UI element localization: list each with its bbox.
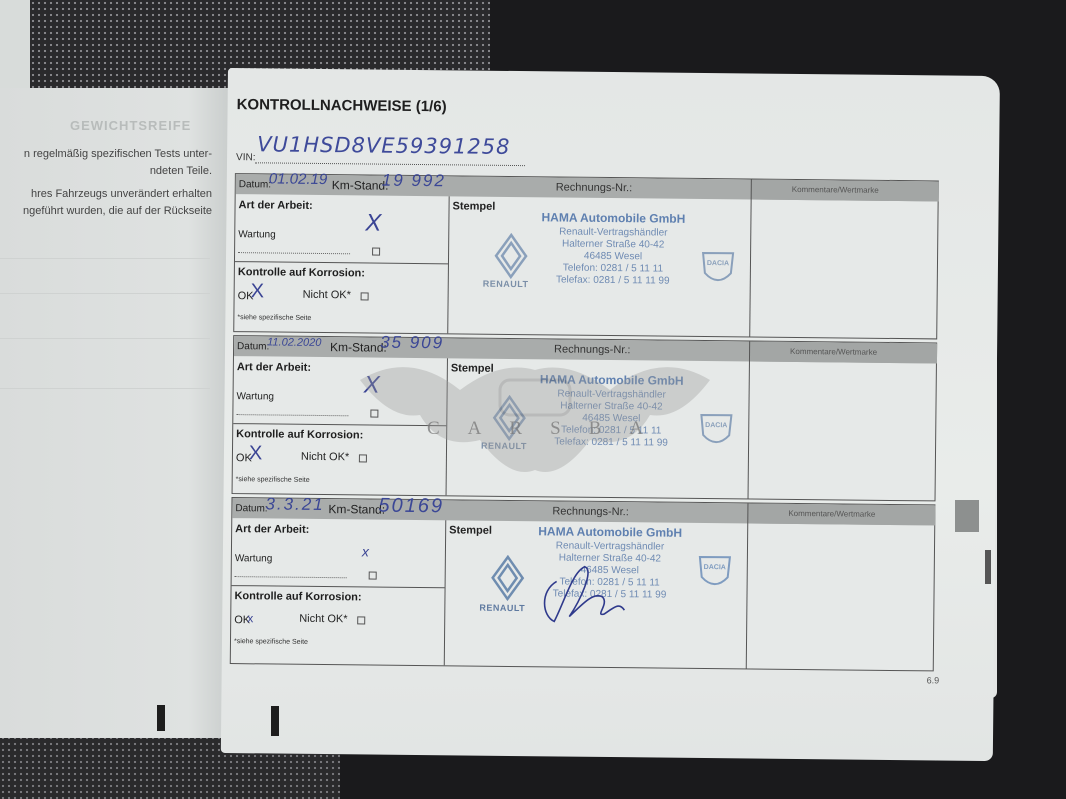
left-paragraph-1: n regelmäßig spezifischen Tests unter- n… — [0, 146, 212, 180]
rechnungs-nr-label: Rechnungs-Nr.: — [552, 505, 629, 518]
section-tab-marker-small — [985, 550, 991, 584]
stempel-label: Stempel — [453, 200, 496, 212]
left-page: GEWICHTSREIFE n regelmäßig spezifischen … — [0, 88, 236, 738]
kommentare-header: Kommentare/Wertmarke — [749, 341, 937, 363]
datum-label: Datum: — [235, 503, 267, 514]
faint-line — [0, 258, 210, 259]
vin-value: VU1HSD8VE59391258 — [257, 132, 511, 159]
dotted-line — [238, 252, 350, 254]
stamp-company: HAMA Automobile GmbH — [528, 211, 698, 225]
stamp-cell: Stempel RENAULT HAMA Automobile GmbH Ren… — [447, 196, 750, 336]
work-cell: Art der Arbeit: Wartung X Kontrolle auf … — [234, 194, 449, 333]
kommentare-label: Kommentare/Wertmarke — [790, 347, 877, 357]
stempel-label: Stempel — [451, 362, 494, 374]
checkbox — [361, 292, 369, 300]
vin-label: VIN: — [236, 152, 256, 163]
stamp-line: Telefax: 0281 / 5 11 11 99 — [528, 274, 698, 288]
entry-block-3: Datum: 3.3.21 Km-Stand: 50169 Rechnungs-… — [230, 497, 936, 671]
footnote: *siehe spezifische Seite — [234, 638, 308, 646]
rechnungs-nr-label: Rechnungs-Nr.: — [556, 181, 633, 194]
art-der-arbeit-label: Art der Arbeit: — [237, 361, 311, 374]
datum-value: 01.02.19 — [269, 170, 328, 188]
footnote: *siehe spezifische Seite — [237, 314, 311, 322]
nicht-ok-label: Nicht OK* — [303, 289, 351, 302]
ok-check-mark: X — [251, 280, 265, 303]
art-der-arbeit-label: Art der Arbeit: — [239, 199, 313, 212]
faint-line — [0, 293, 210, 294]
wartung-check-mark: X — [364, 371, 380, 399]
left-paragraph-2: hres Fahrzeugs unverändert erhalten ngef… — [0, 186, 212, 220]
datum-value: 11.02.2020 — [267, 336, 321, 349]
comment-cell — [748, 361, 937, 500]
signature — [444, 520, 748, 668]
kommentare-label: Kommentare/Wertmarke — [792, 185, 879, 195]
renault-wordmark: RENAULT — [483, 279, 529, 289]
divider — [233, 423, 446, 426]
datum-label: Datum: — [239, 179, 271, 190]
renault-wordmark: RENAULT — [481, 441, 527, 451]
checkbox — [370, 410, 378, 418]
watermark-text: CARSBA — [427, 418, 671, 440]
stamp-cell: Stempel RENAULT HAMA Automobile GmbH Ren… — [444, 520, 748, 668]
km-stand-value: 50169 — [378, 495, 444, 519]
checkbox — [357, 616, 365, 624]
stamp-company: HAMA Automobile GmbH — [527, 373, 697, 387]
divider — [232, 585, 445, 588]
korrosion-label: Kontrolle auf Korrosion: — [234, 590, 361, 603]
nicht-ok-label: Nicht OK* — [299, 613, 347, 626]
page-number: 6.9 — [927, 675, 940, 685]
checkbox — [369, 572, 377, 580]
faint-line — [0, 388, 210, 389]
renault-logo-icon — [493, 233, 529, 279]
checkbox — [359, 454, 367, 462]
kommentare-header: Kommentare/Wertmarke — [751, 179, 939, 201]
rechnungs-nr-label: Rechnungs-Nr.: — [554, 343, 631, 356]
checkbox — [372, 248, 380, 256]
footnote: *siehe spezifische Seite — [236, 476, 310, 484]
ok-check-mark: x — [247, 611, 253, 625]
left-page-marker — [157, 705, 165, 731]
comment-cell — [746, 523, 936, 670]
km-stand-label: Km-Stand: — [332, 178, 389, 193]
kommentare-header: Kommentare/Wertmarke — [747, 503, 935, 525]
wartung-label: Wartung — [235, 553, 273, 564]
svg-text:DACIA: DACIA — [707, 260, 729, 267]
art-der-arbeit-label: Art der Arbeit: — [235, 523, 309, 536]
km-stand-label: Km-Stand: — [328, 502, 385, 517]
right-page: KONTROLLNACHWEISE (1/6) VIN: VU1HSD8VE59… — [221, 68, 1000, 761]
entry-block-1: Datum: 01.02.19 Km-Stand: 19 992 Rechnun… — [233, 173, 939, 339]
background-surface — [0, 0, 32, 90]
divider — [235, 261, 448, 264]
left-page-heading: GEWICHTSREIFE — [70, 118, 191, 133]
work-cell: Art der Arbeit: Wartung X Kontrolle auf … — [233, 356, 448, 495]
left-page-text: n regelmäßig spezifischen Tests unter- n… — [0, 146, 212, 226]
dacia-logo-icon: DACIA — [698, 411, 734, 449]
nicht-ok-label: Nicht OK* — [301, 451, 349, 464]
work-cell: Art der Arbeit: Wartung x Kontrolle auf … — [231, 518, 447, 665]
km-stand-value: 35 909 — [380, 333, 444, 354]
section-tab-marker — [955, 500, 979, 532]
dotted-line — [236, 414, 348, 416]
km-stand-value: 19 992 — [382, 171, 446, 192]
right-page-marker — [271, 706, 279, 736]
wartung-check-mark: X — [365, 209, 381, 237]
faint-line — [0, 338, 210, 339]
page-title: KONTROLLNACHWEISE (1/6) — [237, 96, 447, 115]
wartung-check-mark: x — [362, 543, 369, 559]
datum-label: Datum: — [237, 341, 269, 352]
vin-line — [255, 162, 525, 166]
kommentare-label: Kommentare/Wertmarke — [788, 509, 875, 519]
km-stand-label: Km-Stand: — [330, 340, 387, 355]
dealer-stamp: HAMA Automobile GmbH Renault-Vertragshän… — [528, 211, 699, 288]
korrosion-label: Kontrolle auf Korrosion: — [238, 266, 365, 279]
dotted-line — [235, 576, 347, 578]
comment-cell — [749, 199, 938, 338]
svg-text:DACIA: DACIA — [705, 422, 727, 429]
ok-check-mark: X — [249, 442, 263, 465]
wartung-label: Wartung — [238, 229, 276, 240]
wartung-label: Wartung — [237, 391, 275, 402]
dacia-logo-icon: DACIA — [700, 249, 736, 287]
korrosion-label: Kontrolle auf Korrosion: — [236, 428, 363, 441]
datum-value: 3.3.21 — [265, 494, 324, 515]
